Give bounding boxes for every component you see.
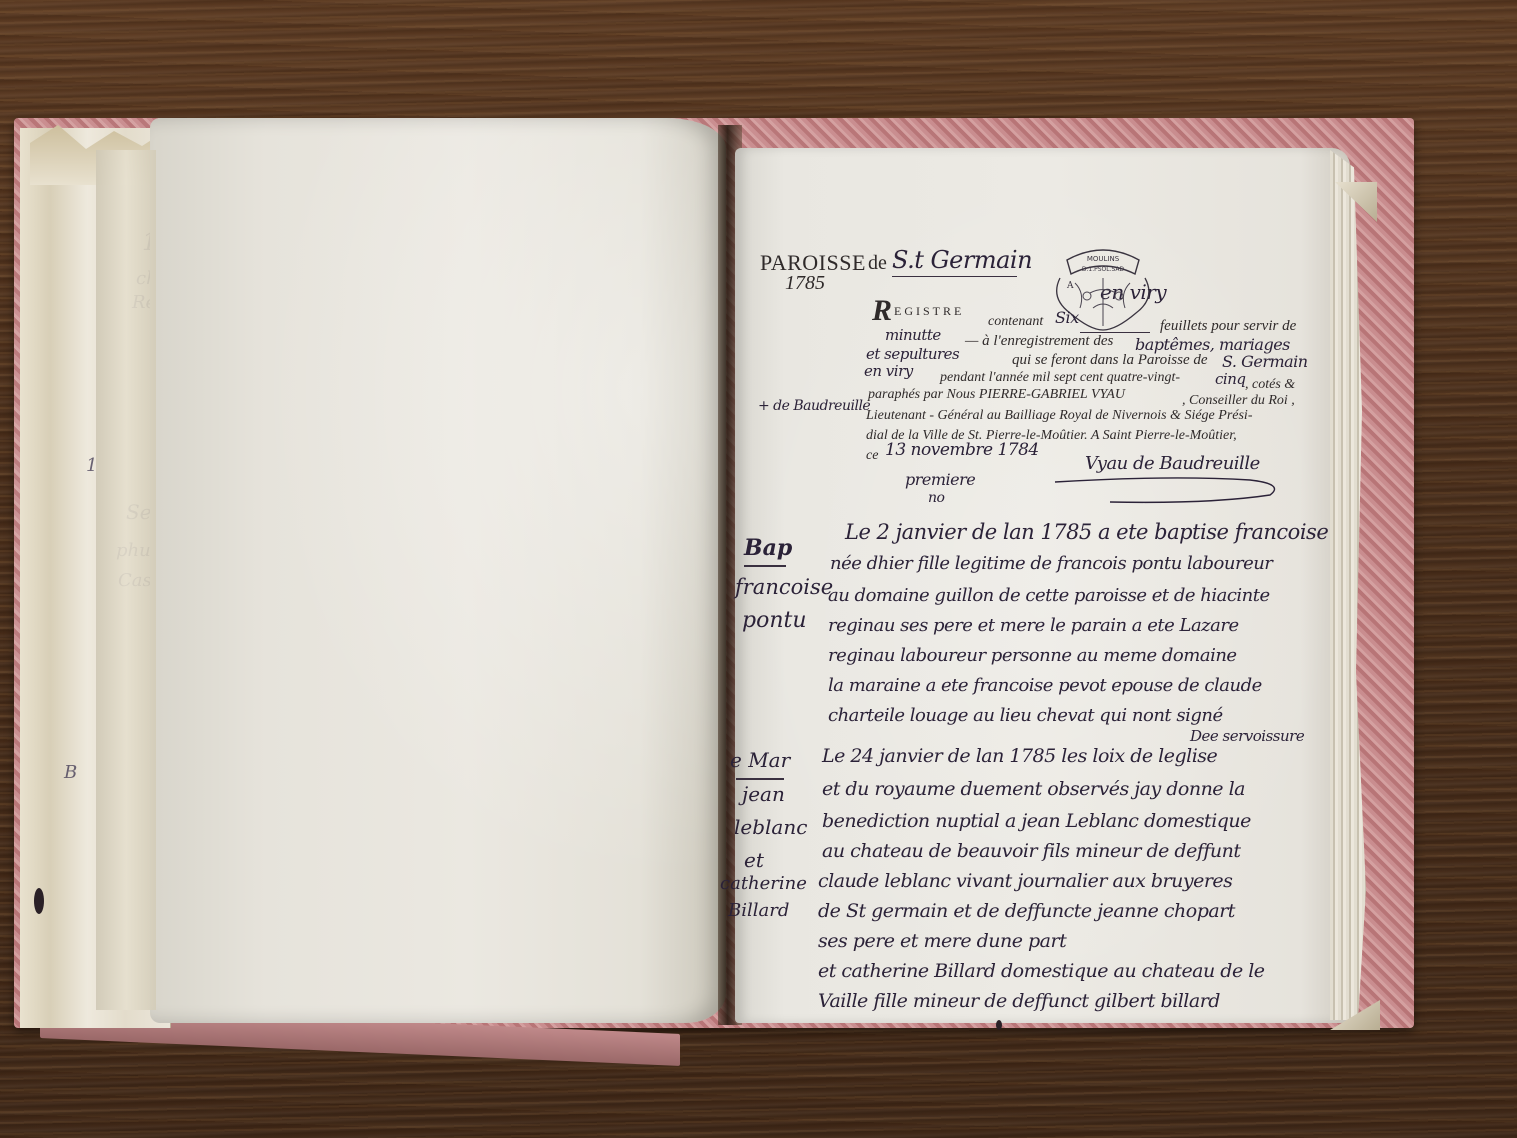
entry-line: et catherine Billard domestique au chate… bbox=[818, 960, 1265, 982]
stamp-letter: A bbox=[1066, 281, 1074, 291]
margin-name: catherine bbox=[720, 873, 807, 894]
parish-name: S.t Germain bbox=[892, 246, 1032, 274]
cert-hand: S. Germain bbox=[1222, 352, 1308, 371]
margin-name: Billard bbox=[728, 900, 789, 921]
cert-text: , cotés & bbox=[1245, 377, 1295, 393]
cert-text: pendant l'année mil sept cent quatre-vin… bbox=[940, 370, 1180, 386]
cert-text: paraphés par Nous PIERRE-GABRIEL VYAU bbox=[868, 387, 1125, 403]
cert-text: EGISTRE bbox=[894, 304, 964, 319]
margin-label-marriage: e Mar bbox=[730, 748, 790, 772]
page-edge bbox=[96, 150, 156, 1010]
margin-label-baptism: Bap bbox=[744, 535, 792, 561]
cert-text: ce bbox=[866, 448, 878, 464]
margin-name: et bbox=[744, 848, 764, 872]
cert-date: 13 novembre 1784 bbox=[885, 440, 1039, 460]
signature-flourish-icon bbox=[1050, 470, 1290, 510]
cert-note: premiere bbox=[905, 470, 975, 489]
margin-name: leblanc bbox=[734, 815, 807, 839]
parish-connector: de bbox=[868, 252, 887, 275]
cert-text: , Conseiller du Roi , bbox=[1182, 393, 1295, 409]
cert-text: Lieutenant - Général au Bailliage Royal … bbox=[866, 408, 1252, 424]
cert-hand: cinq bbox=[1215, 370, 1245, 388]
cert-text: — à l'enregistrement des bbox=[965, 333, 1113, 350]
cert-text: feuillets pour servir de bbox=[1160, 318, 1296, 335]
entry-line: Le 24 janvier de lan 1785 les loix de le… bbox=[822, 745, 1217, 767]
entry-line: reginau laboureur personne au meme domai… bbox=[828, 645, 1237, 666]
entry-line: claude leblanc vivant journalier aux bru… bbox=[818, 870, 1232, 892]
ink-stain bbox=[34, 888, 44, 914]
entry-line: benediction nuptial a jean Leblanc domes… bbox=[822, 810, 1251, 832]
entry-line: Le 2 janvier de lan 1785 a ete baptise f… bbox=[845, 520, 1328, 544]
cert-margin-note: + de Baudreuille bbox=[758, 398, 870, 414]
entry-line: au domaine guillon de cette paroisse et … bbox=[828, 585, 1270, 606]
margin-name: pontu bbox=[742, 608, 807, 633]
entry-line: et du royaume duement observés jay donne… bbox=[822, 778, 1245, 800]
stamp-bottom-text: D.1.PSOL.SAD bbox=[1082, 266, 1125, 273]
entry-line: née dhier fille legitime de francois pon… bbox=[830, 553, 1272, 574]
drop-cap: R bbox=[872, 294, 892, 328]
margin-name: francoise bbox=[735, 575, 833, 599]
cert-note: no bbox=[928, 490, 944, 506]
entry-line: de St germain et de deffuncte jeanne cho… bbox=[818, 900, 1235, 922]
entry-line: Vaille fille mineur de deffunct gilbert … bbox=[818, 990, 1220, 1012]
cert-hand: en viry bbox=[864, 362, 913, 380]
stub-fragment: B bbox=[64, 762, 77, 783]
cert-hand: et sepultures bbox=[866, 345, 959, 363]
entry-line: ses pere et mere dune part bbox=[818, 930, 1066, 952]
cert-hand: Six bbox=[1055, 308, 1079, 327]
register-year: 1785 bbox=[785, 272, 825, 295]
fill-line bbox=[892, 276, 1017, 277]
entry-line: au chateau de beauvoir fils mineur de de… bbox=[822, 840, 1241, 862]
entry-signature: Dee servoissure bbox=[1190, 727, 1304, 745]
underline bbox=[744, 565, 786, 567]
ink-stain bbox=[996, 1020, 1002, 1030]
cert-text: contenant bbox=[988, 314, 1043, 330]
cert-hand: minutte bbox=[885, 326, 941, 344]
stamp-top-text: MOULINS bbox=[1087, 255, 1120, 263]
entry-line: la maraine a ete francoise pevot epouse … bbox=[828, 675, 1262, 696]
left-page-blank bbox=[150, 118, 726, 1023]
entry-line: reginau ses pere et mere le parain a ete… bbox=[828, 615, 1239, 636]
cert-text: qui se feront dans la Paroisse de bbox=[1012, 352, 1208, 369]
entry-line: charteile louage au lieu chevat qui nont… bbox=[828, 705, 1223, 726]
margin-name: jean bbox=[742, 782, 785, 806]
underline bbox=[736, 778, 784, 780]
